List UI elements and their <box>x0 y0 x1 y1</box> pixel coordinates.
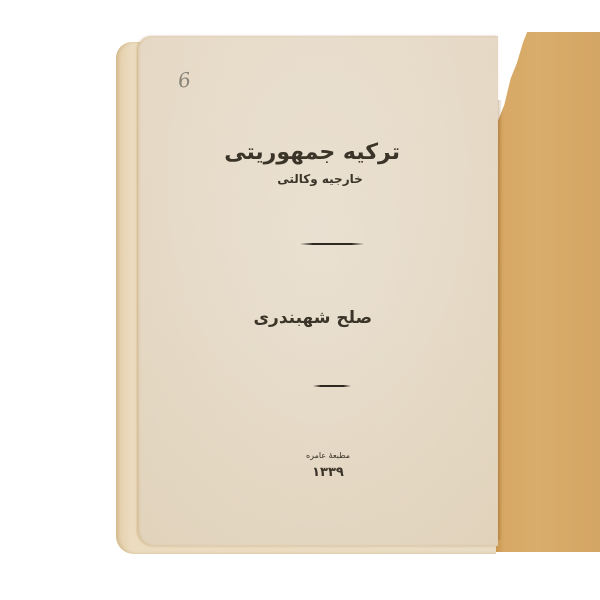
republic-title: ترکیه جمهوریتی <box>240 140 400 165</box>
divider-top <box>300 243 364 245</box>
book-title: صلح شهبندری <box>268 308 372 328</box>
torn-brown-cover <box>496 32 600 552</box>
divider-bottom <box>313 385 351 387</box>
ministry-subtitle: خارجیه وکالتی <box>260 172 380 186</box>
press-name: مطبعهٔ عامره <box>300 451 356 460</box>
publication-year: ١٣٣٩ <box>300 465 356 480</box>
handwritten-number: 6 <box>176 67 192 93</box>
book-photo: 6 ترکیه جمهوریتی خارجیه وکالتی صلح شهبند… <box>0 0 600 600</box>
